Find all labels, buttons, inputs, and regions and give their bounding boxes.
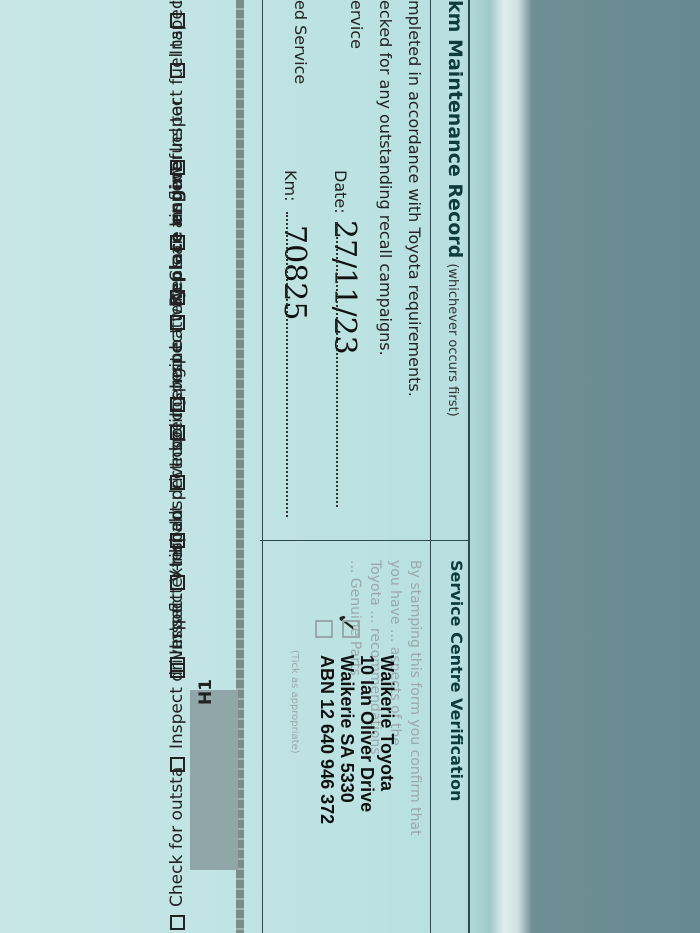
section-header-h1: H1 xyxy=(196,679,216,705)
record-label-completed-service: ed Service xyxy=(291,0,310,84)
page-left-border xyxy=(262,0,263,933)
checklist-item[interactable]: Check for outsta xyxy=(165,767,190,930)
record-label-service: ervice xyxy=(347,0,366,49)
header-divider xyxy=(430,0,431,933)
record-heading: km Maintenance Record (whichever occurs … xyxy=(444,0,466,417)
checkbox-icon[interactable] xyxy=(170,657,185,672)
date-value: 27/11/23 xyxy=(327,220,362,355)
verification-title: Service Centre Verification xyxy=(447,560,466,801)
km-label: Km: xyxy=(281,170,300,201)
record-subtitle: (whichever occurs first) xyxy=(445,263,460,416)
checklist-item-v-ribbed[interactable]: Inspect V-ribbed xyxy=(165,510,190,672)
date-field: Date: xyxy=(331,170,350,214)
checkbox-icon[interactable] xyxy=(170,63,185,78)
checkbox-1[interactable] xyxy=(342,620,360,638)
checklist-bottom: Check for outsta xyxy=(165,767,190,930)
section-header-bar xyxy=(190,690,238,870)
checklist-item-brake[interactable]: Inspect brake xyxy=(165,0,190,28)
km-dotted-line xyxy=(286,212,288,517)
record-line-1: mpleted in accordance with Toyota requir… xyxy=(405,0,424,397)
km-value: 70825 xyxy=(277,225,312,320)
checkbox-icon[interactable] xyxy=(170,290,185,305)
checkbox-icon[interactable] xyxy=(170,397,185,412)
section-divider xyxy=(260,540,470,541)
record-line-2: ecked for any outstanding recall campaig… xyxy=(376,0,395,356)
date-label: Date: xyxy=(331,170,350,214)
record-title: km Maintenance Record xyxy=(444,0,466,258)
km-field: Km: xyxy=(281,170,300,201)
checkbox-icon[interactable] xyxy=(170,915,185,930)
date-dotted-line xyxy=(336,222,338,507)
page-border xyxy=(468,0,470,933)
checkbox-icon[interactable] xyxy=(170,475,185,490)
dealer-stamp: Waikerie Toyota 10 Ian Oliver Drive Waik… xyxy=(317,655,397,824)
checkbox-icon[interactable] xyxy=(170,757,185,772)
checkbox-icon[interactable] xyxy=(170,160,185,175)
checkbox-2[interactable] xyxy=(315,620,333,638)
tick-note: (Tick as appropriate) xyxy=(289,650,300,754)
checkbox-icon[interactable] xyxy=(170,235,185,250)
checkbox-icon[interactable] xyxy=(170,13,185,28)
checkbox-icon[interactable] xyxy=(170,425,185,440)
